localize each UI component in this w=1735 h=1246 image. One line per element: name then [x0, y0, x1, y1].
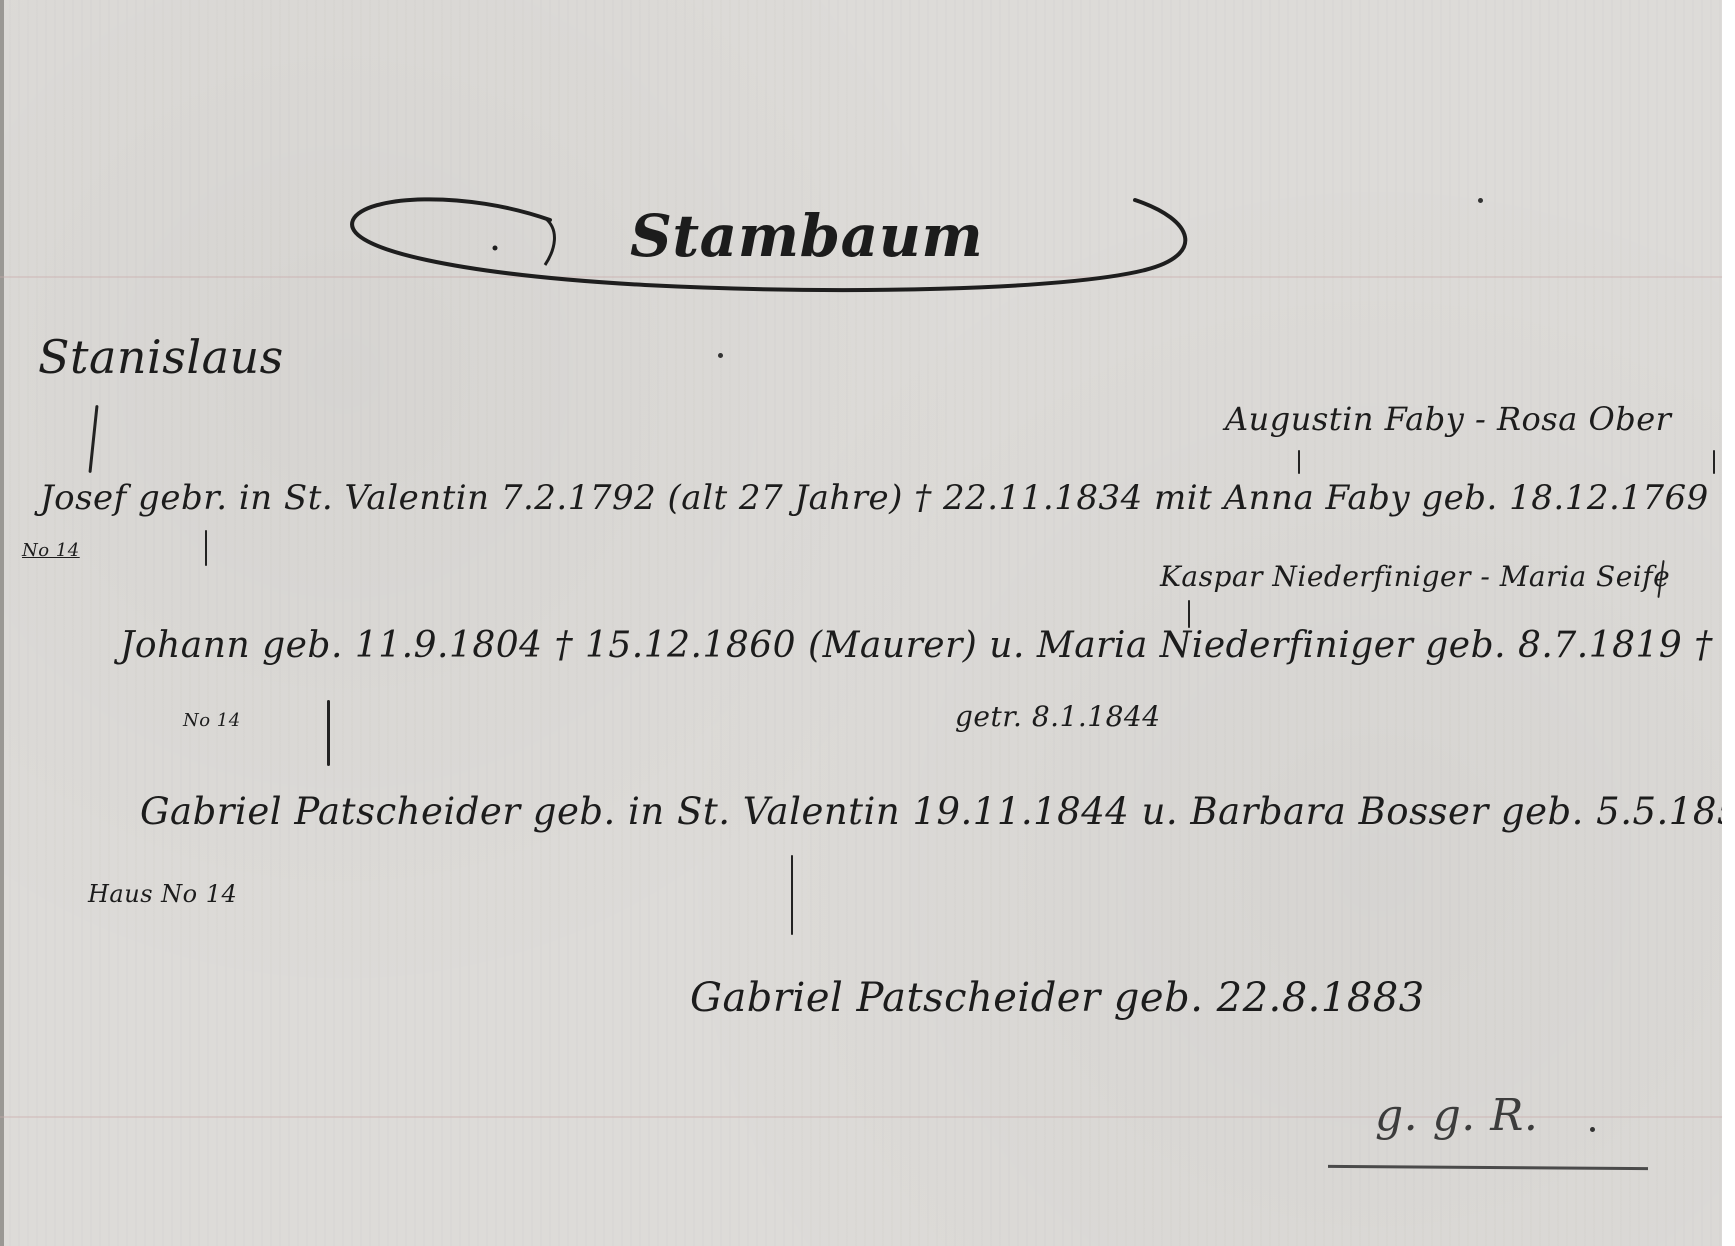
scan-speck	[1478, 198, 1483, 203]
gabriel-house-note: Haus No 14	[88, 880, 237, 908]
lineage-connector	[1188, 600, 1190, 628]
entry-josef-spouse-parents: Augustin Faby - Rosa Ober	[1225, 400, 1671, 438]
johann-marriage-date: getr. 8.1.1844	[955, 700, 1161, 733]
lineage-connector	[1298, 450, 1300, 474]
signature: g. g. R.	[1375, 1090, 1538, 1141]
entry-gabriel-1883: Gabriel Patscheider geb. 22.8.1883	[690, 975, 1425, 1021]
page-edge	[0, 0, 4, 1246]
entry-stanislaus: Stanislaus	[38, 330, 284, 384]
lineage-connector	[327, 700, 330, 766]
signature-underline	[1328, 1165, 1648, 1170]
title-cartouche: Stambaum	[345, 190, 1245, 300]
entry-josef: Josef gebr. in St. Valentin 7.2.1792 (al…	[40, 478, 1722, 518]
document-scan: Stambaum Stanislaus Augustin Faby - Rosa…	[0, 0, 1722, 1246]
josef-house-note: No 14	[22, 540, 80, 561]
scan-speck	[718, 353, 723, 358]
lineage-connector	[88, 405, 98, 473]
lineage-connector	[1713, 450, 1715, 474]
entry-gabriel-1844: Gabriel Patscheider geb. in St. Valentin…	[140, 790, 1722, 833]
johann-house-note: No 14	[183, 710, 241, 731]
entry-johann: Johann geb. 11.9.1804 † 15.12.1860 (Maur…	[120, 625, 1722, 666]
lineage-connector	[791, 855, 793, 935]
lineage-connector	[205, 530, 207, 566]
scan-speck	[1590, 1127, 1595, 1132]
document-title: Stambaum	[630, 202, 983, 270]
entry-johann-spouse-parents: Kaspar Niederfiniger - Maria Seife	[1160, 560, 1670, 593]
